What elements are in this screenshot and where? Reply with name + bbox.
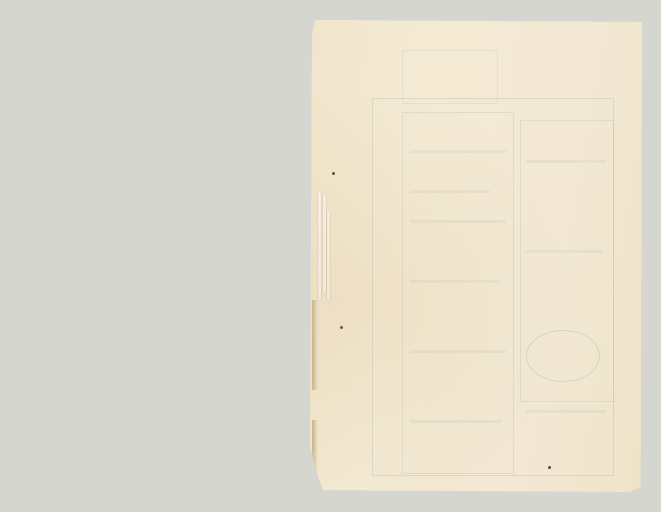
- paper-sheet: [310, 20, 642, 492]
- bleed-through-line: [410, 190, 490, 193]
- bleed-through-line: [410, 350, 506, 353]
- bleed-through-line: [526, 250, 602, 253]
- stitch-hole: [332, 172, 335, 175]
- worn-edge: [312, 420, 318, 490]
- bleed-through-line: [526, 160, 606, 163]
- bleed-through-line: [410, 280, 500, 283]
- bleed-through-column-left: [402, 112, 514, 474]
- stain-spot: [548, 466, 551, 469]
- bleed-through-line: [410, 150, 506, 153]
- bleed-through-illustration: [526, 330, 600, 382]
- bleed-through-line: [526, 410, 606, 413]
- bleed-through-line: [410, 420, 502, 423]
- bleed-through-emblem: [402, 50, 498, 104]
- bleed-through-line: [410, 220, 506, 223]
- worn-edge: [312, 300, 318, 390]
- stitch-binding: [318, 190, 332, 320]
- bleed-through-column-right: [520, 120, 614, 402]
- bleed-through-border: [372, 98, 614, 476]
- stain-spot: [340, 326, 343, 329]
